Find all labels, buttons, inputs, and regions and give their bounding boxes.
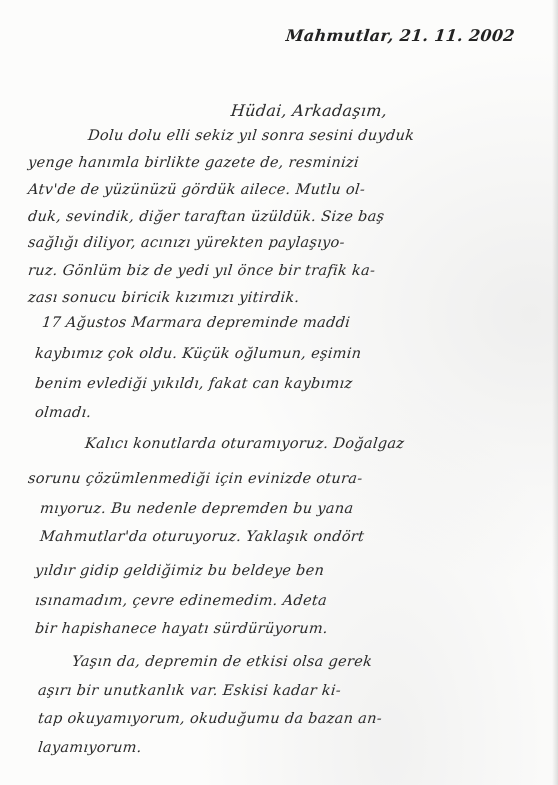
page-edge-shadow [552,0,558,785]
letter-line: duk, sevindik, diğer taraftan üzüldük. S… [27,209,385,225]
letter-line: Kalıcı konutlarda oturamıyoruz. Doğalgaz [84,436,405,452]
letter-line: bir hapishanece hayatı sürdürüyorum. [34,621,329,637]
letter-page: Mahmutlar, 21. 11. 2002 Hüdai, Arkadaşım… [0,0,558,785]
letter-line: Mahmutlar'da oturuyoruz. Yaklaşık ondört [39,529,365,545]
letter-line: yıldır gidip geldiğimiz bu beldeye ben [34,563,325,579]
letter-line: ruz. Gönlüm biz de yedi yıl önce bir tra… [27,263,376,279]
letter-line: tap okuyamıyorum, okuduğumu da bazan an- [37,711,383,727]
letter-line: yenge hanımla birlikte gazete de, resmin… [27,155,360,171]
letter-line: 17 Ağustos Marmara depreminde maddi [41,315,351,331]
letter-line: sağlığı diliyor, acınızı yürekten paylaş… [27,235,345,251]
letter-line: aşırı bir unutkanlık var. Eskisi kadar k… [37,683,342,699]
letter-line: sorunu çözümlenmediği için evinizde otur… [27,471,363,487]
greeting: Hüdai, Arkadaşım, [230,101,388,120]
letter-line: kaybımız çok oldu. Küçük oğlumun, eşimin [34,346,362,362]
place-date: Mahmutlar, 21. 11. 2002 [285,26,516,45]
letter-line: Dolu dolu elli sekiz yıl sonra sesini du… [87,128,415,144]
letter-line: Atv'de de yüzünüzü gördük ailece. Mutlu … [27,182,366,198]
letter-line: layamıyorum. [37,740,142,756]
letter-line: Yaşın da, depremin de etkisi olsa gerek [71,654,373,670]
letter-line: benim evlediği yıkıldı, fakat can kaybım… [34,376,353,392]
letter-line: olmadı. [34,405,92,421]
letter-line: zası sonucu biricik kızımızı yitirdik. [27,290,300,306]
letter-line: mıyoruz. Bu nedenle depremden bu yana [39,501,354,517]
letter-line: ısınamadım, çevre edinemedim. Adeta [34,593,328,609]
